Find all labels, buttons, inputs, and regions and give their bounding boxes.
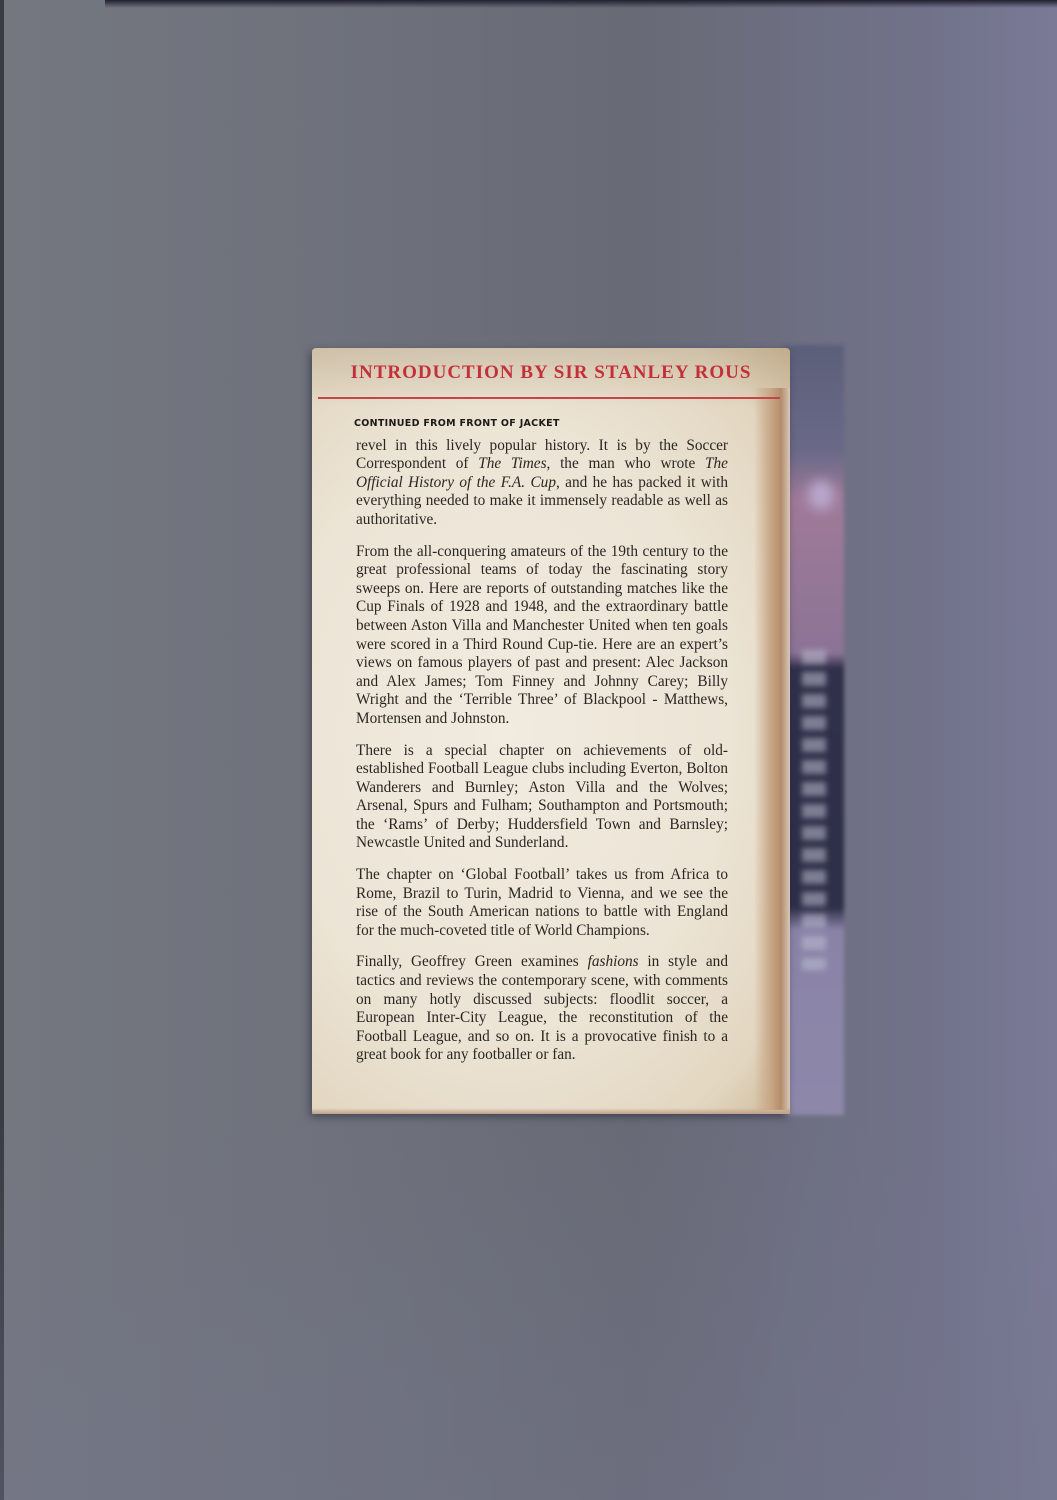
text-segment: Finally, Geoffrey Green examines (356, 953, 588, 970)
text-segment: From the all-conquering amateurs of the … (356, 543, 728, 727)
continued-label: CONTINUED FROM FRONT OF JACKET (354, 415, 728, 434)
heading-rule (318, 397, 780, 399)
spine-reflection (808, 480, 834, 510)
spine-title-blurred (802, 650, 826, 970)
blurb-paragraph: The chapter on ‘Global Football’ takes u… (356, 866, 728, 940)
text-segment: , the man who wrote (547, 455, 705, 472)
text-segment: The chapter on ‘Global Football’ takes u… (356, 866, 728, 939)
jacket-bottom-edge (312, 1108, 790, 1114)
blurb-paragraphs: revel in this lively popular history. It… (356, 437, 728, 1065)
blurb-paragraph: From the all-conquering amateurs of the … (356, 543, 728, 729)
dust-jacket-back-cover: INTRODUCTION BY SIR STANLEY ROUS CONTINU… (312, 348, 790, 1114)
scanner-lid-shadow (105, 0, 1057, 8)
worn-jacket-edge (754, 388, 790, 1110)
blurb-paragraph: There is a special chapter on achievemen… (356, 742, 728, 854)
blurb-paragraph: revel in this lively popular history. It… (356, 437, 728, 530)
jacket-heading: INTRODUCTION BY SIR STANLEY ROUS (312, 362, 790, 384)
blurb-paragraph: Finally, Geoffrey Green examines fashion… (356, 953, 728, 1065)
italic-title: fashions (588, 953, 639, 970)
italic-title: The Times (478, 455, 546, 472)
scan-background-shading (0, 1120, 1057, 1500)
blurb-text: CONTINUED FROM FRONT OF JACKET revel in … (356, 415, 728, 1078)
text-segment: There is a special chapter on achievemen… (356, 742, 728, 852)
